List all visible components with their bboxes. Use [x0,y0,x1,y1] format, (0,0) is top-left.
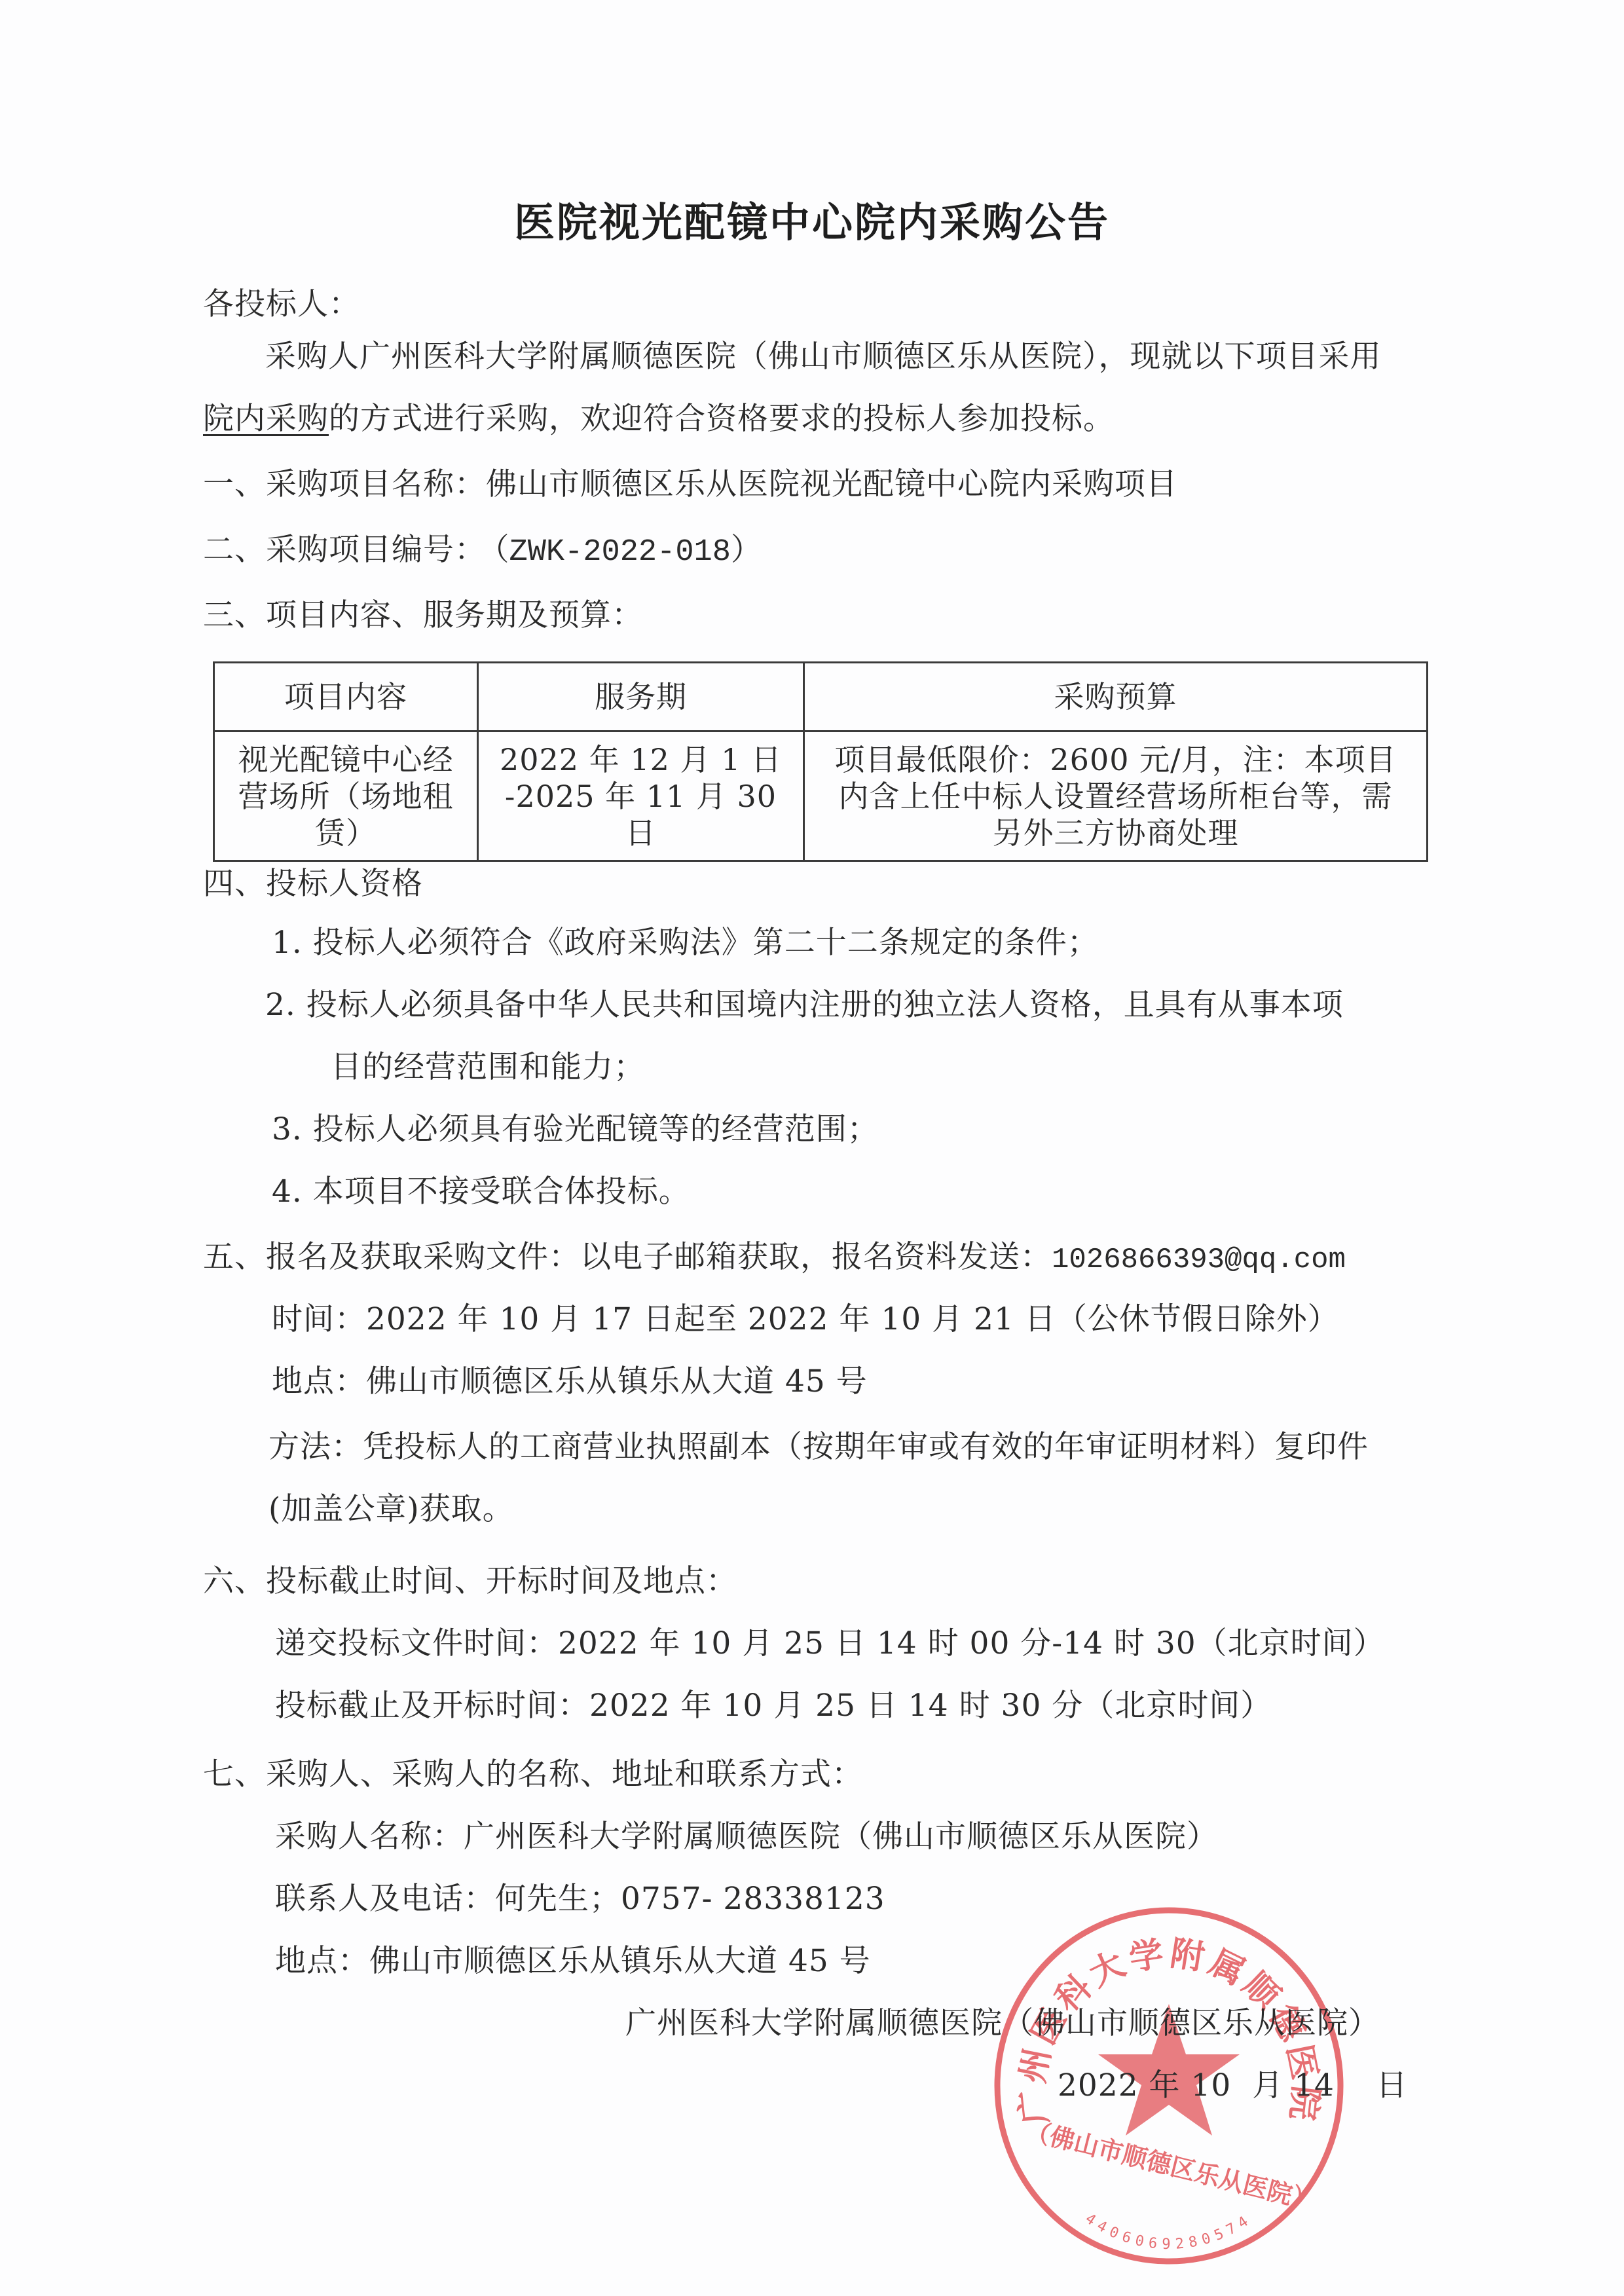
section-7-label: 七、采购人、采购人的名称、地址和联系方式： [203,1755,863,1794]
registration-time: 时间：2022 年 10 月 17 日起至 2022 年 10 月 21 日（公… [272,1300,1339,1339]
seal-number: 4406069280574 [1082,2210,1256,2252]
table-row: 视光配镜中心经营场所（场地租赁） 2022 年 12 月 1 日 -2025 年… [214,731,1428,861]
issuer-organization: 广州医科大学附属顺德医院（佛山市顺德区乐从医院） [625,2004,1380,2043]
section-6-label: 六、投标截止时间、开标时间及地点： [203,1562,737,1601]
section-2-project-number: 二、采购项目编号：（ZWK-2022-018） [203,530,762,572]
salutation: 各投标人： [203,285,360,324]
qualification-item-4: 4. 本项目不接受联合体投标。 [272,1172,690,1212]
period-end: -2025 年 11 月 30 日 [488,778,794,851]
seal-inner-text: （佛山市顺德区乐从医院） [1023,2116,1319,2216]
intro-line-2: 院内采购的方式进行采购，欢迎符合资格要求的投标人参加投标。 [203,399,1115,439]
section-5-registration: 五、报名及获取采购文件：以电子邮箱获取，报名资料发送：1026866393@qq… [203,1238,1346,1280]
section-1-value: 佛山市顺德区乐从医院视光配镜中心院内采购项目 [486,466,1177,502]
registration-location: 地点：佛山市顺德区乐从镇乐从大道 45 号 [272,1362,868,1401]
table-cell-period: 2022 年 12 月 1 日 -2025 年 11 月 30 日 [478,731,804,861]
qualification-item-1: 1. 投标人必须符合《政府采购法》第二十二条规定的条件； [272,923,1099,963]
table-header-budget: 采购预算 [804,663,1428,731]
section-4-label: 四、投标人资格 [203,864,423,904]
section-2-value: （ZWK-2022-018） [494,535,762,570]
intro-line-2-rest: 的方式进行采购，欢迎符合资格要求的投标人参加投标。 [329,401,1115,437]
intro-line-1: 采购人广州医科大学附属顺德医院（佛山市顺德区乐从医院），现就以下项目采用 [265,337,1382,377]
period-start: 2022 年 12 月 1 日 [488,741,794,778]
project-table: 项目内容 服务期 采购预算 视光配镜中心经营场所（场地租赁） 2022 年 12… [213,661,1428,862]
section-2-label: 二、采购项目编号： [203,532,486,568]
qualification-item-2: 2. 投标人必须具备中华人民共和国境内注册的独立法人资格，且具有从事本项 [265,986,1344,1025]
registration-method-line-2: (加盖公章)获取。 [268,1490,514,1529]
qualification-item-2-cont: 目的经营范围和能力； [331,1048,645,1087]
section-5-label: 五、报名及获取采购文件：以电子邮箱获取，报名资料发送： [203,1239,1052,1275]
registration-email: 1026866393@qq.com [1052,1244,1346,1276]
registration-method-line-1: 方法：凭投标人的工商营业执照副本（按期年审或有效的年审证明材料）复印件 [268,1428,1369,1467]
table-cell-content: 视光配镜中心经营场所（场地租赁） [214,731,478,861]
contact-person-phone: 联系人及电话：何先生；0757- 28338123 [275,1879,885,1919]
procurement-method-underlined: 院内采购 [203,401,329,437]
bid-submission-time: 递交投标文件时间：2022 年 10 月 25 日 14 时 00 分-14 时… [275,1624,1385,1663]
section-1-label: 一、采购项目名称： [203,466,486,502]
qualification-item-3: 3. 投标人必须具有验光配镜等的经营范围； [272,1110,879,1149]
purchaser-location: 地点：佛山市顺德区乐从镇乐从大道 45 号 [275,1942,871,1981]
purchaser-name: 采购人名称：广州医科大学附属顺德医院（佛山市顺德区乐从医院） [275,1817,1218,1857]
table-header-content: 项目内容 [214,663,478,731]
section-3-label: 三、项目内容、服务期及预算： [203,596,643,635]
section-1-project-name: 一、采购项目名称：佛山市顺德区乐从医院视光配镜中心院内采购项目 [203,465,1177,504]
issue-date: 2022 年 10 月 14 日 [1058,2066,1408,2105]
table-header-period: 服务期 [478,663,804,731]
table-header-row: 项目内容 服务期 采购预算 [214,663,1428,731]
table-cell-budget: 项目最低限价：2600 元/月，注：本项目内含上任中标人设置经营场所柜台等，需另… [804,731,1428,861]
bid-deadline-opening-time: 投标截止及开标时间：2022 年 10 月 25 日 14 时 30 分（北京时… [275,1686,1272,1726]
page-title: 医院视光配镜中心院内采购公告 [0,190,1624,248]
svg-text:4406069280574: 4406069280574 [1082,2210,1256,2252]
